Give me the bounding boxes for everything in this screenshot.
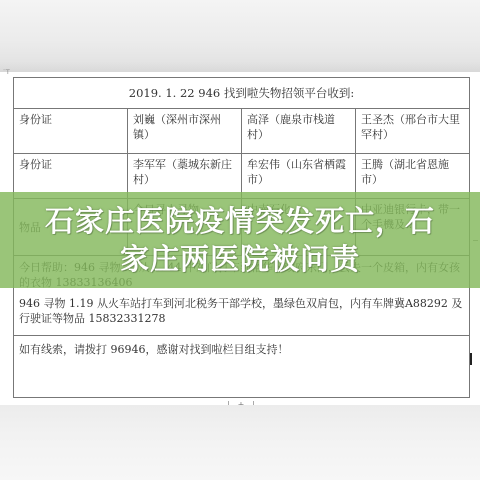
table-row: 身份证 刘巍（深州市深州镇） 高泽（鹿泉市栈道村） 王圣杰（邢台市大里罕村） [14,109,470,154]
page-marker: ¨T [3,69,10,76]
table-cell: 王圣杰（邢台市大里罕村） [356,109,470,154]
note-text: 946 寻物 1.19 从火车站打车到河北税务干部学校，墨绿色双肩包，内有车牌冀… [19,296,464,326]
row-label: 身份证 [14,109,128,154]
table-cell: 高泽（鹿泉市栈道村） [242,109,356,154]
footer-cell: 如有线索，请拨打 96946，感谢对找到啦栏目组支持！ [14,336,470,398]
table-title: 2019. 1. 22 946 找到啦失物招领平台收到: [14,78,470,109]
blurred-bottom-background [0,405,480,480]
headline-title: 石家庄医院疫情突发死亡，石家庄两医院被问责 [40,202,440,278]
table-cell: 刘巍（深州市深州镇） [128,109,242,154]
headline-banner: 石家庄医院疫情突发死亡，石家庄两医院被问责 [0,192,480,288]
table-row: 如有线索，请拨打 96946，感谢对找到啦栏目组支持！ [14,336,470,398]
blurred-top-background [0,0,480,72]
text-cursor [470,353,472,365]
